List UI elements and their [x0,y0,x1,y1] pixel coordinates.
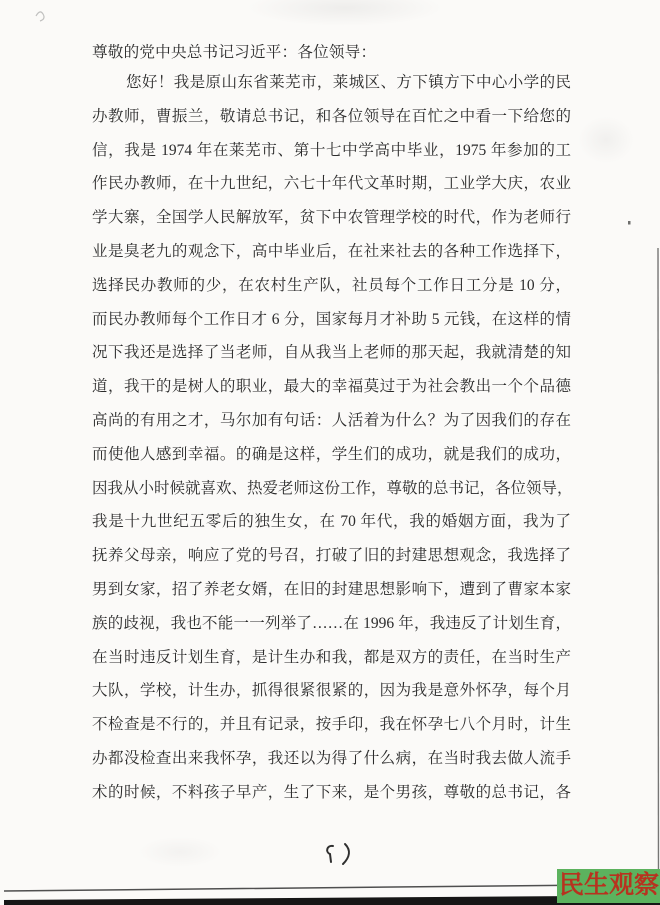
letter-line: 办都没检查出来我怀孕，我还以为得了什么病，在当时我去做人流手 [92,742,571,776]
letter-line: 您好！我是原山东省莱芜市，莱城区、方下镇方下中心小学的民 [92,66,571,100]
letter-line: 大队，学校，计生办，抓得很紧很紧的，因为我是意外怀孕，每个月 [92,674,571,708]
handwritten-page-number [320,841,356,869]
letter-line: 而民办教师每个工作日才 6 分，国家每月才补助 5 元钱，在这样的情 [92,303,571,337]
letter-salutation: 尊敬的党中央总书记习近平：各位领导： [92,42,376,64]
letter-line: 选择民办教师的少，在农村生产队，社员每个工作日工分是 10 分， [92,269,571,303]
watermark-label: 民生观察 [559,869,659,903]
letter-line: 抚养父母亲，响应了党的号召，打破了旧的封建思想观念，我选择了 [92,539,571,573]
letter-line: 高尚的有用之才，马尔加有句话：人活着为什么？为了因我们的存在 [92,404,571,438]
letter-line: 族的歧视，我也不能一一列举了……在 1996 年，我违反了计划生育， [92,607,571,641]
letter-line: 业是臭老九的观念下，高中毕业后，在社来社去的各种工作选择下， [92,235,571,269]
letter-body: 您好！我是原山东省莱芜市，莱城区、方下镇方下中心小学的民 办教师，曹振兰，敬请总… [92,66,571,810]
paper-edge-right-line [658,248,659,898]
letter-line: 我是十九世纪五零后的独生女，在 70 年代，我的婚姻方面，我为了 [92,505,571,539]
ink-speck [628,221,631,225]
letter-line: 道，我干的是树人的职业，最大的幸福莫过于为社会教出一个个品德 [92,370,571,404]
letter-line: 而使他人感到幸福。的确是这样，学生们的成功，就是我们的成功， [92,438,571,472]
letter-line: 因我从小时候就喜欢、热爱老师这份工作，尊敬的总书记，各位领导， [92,472,571,506]
letter-line: 作民办教师，在十九世纪，六七十年代文革时期，工业学大庆，农业 [92,167,571,201]
letter-line: 况下我还是选择了当老师，自从我当上老师的那天起，我就清楚的知 [92,336,571,370]
pencil-scribble [36,12,44,21]
letter-line: 术的时候，不料孩子早产，生了下来，是个男孩，尊敬的总书记，各 [92,776,571,810]
minsheng-observer-watermark: 民生观察 [557,869,660,903]
letter-line: 学大寨，全国学人民解放军，贫下中农管理学校的时代，作为老师行 [92,201,571,235]
letter-line: 男到女家，招了养老女婿，在旧的封建思想影响下，遭到了曹家本家 [92,573,571,607]
letter-line: 不检查是不行的，并且有记录，按手印，我在怀孕七八个月时，计生 [92,708,571,742]
letter-line: 信，我是 1974 年在莱芜市、第十七中学高中毕业，1975 年参加的工 [92,134,571,168]
letter-line: 在当时违反计划生育，是计生办和我，都是双方的责任，在当时生产 [92,641,571,675]
scanned-letter-page: 尊敬的党中央总书记习近平：各位领导： 您好！我是原山东省莱芜市，莱城区、方下镇方… [0,0,660,905]
letter-line: 办教师，曹振兰，敬请总书记，和各位领导在百忙之中看一下给您的 [92,100,571,134]
